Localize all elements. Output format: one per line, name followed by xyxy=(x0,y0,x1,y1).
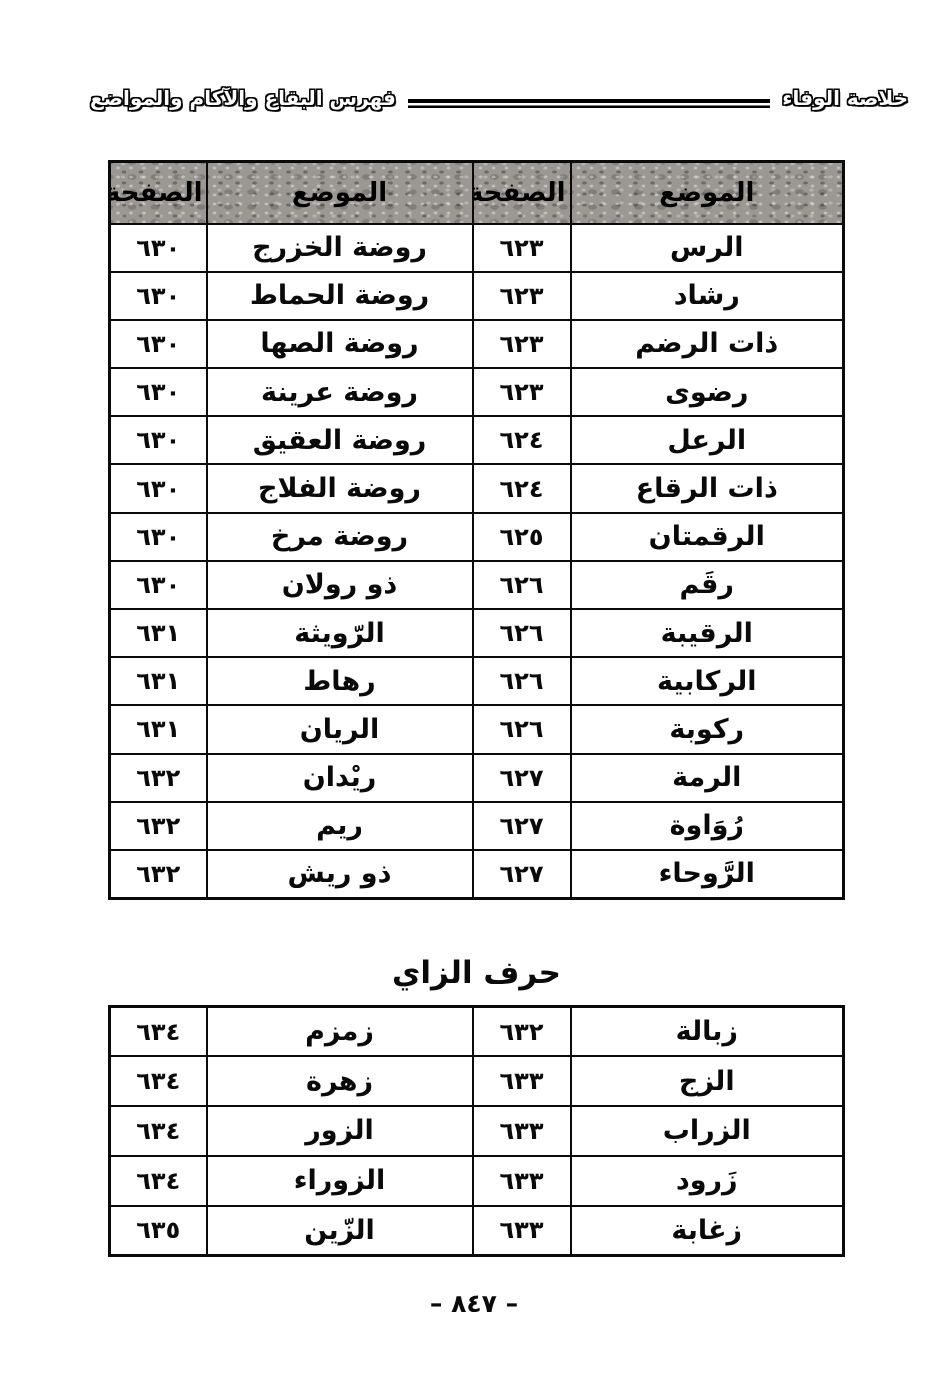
place-cell: الزج xyxy=(571,1056,844,1106)
header-row: الموضع الصفحة الموضع الصفحة xyxy=(110,162,844,224)
place-cell: روضة العقيق xyxy=(207,416,473,464)
place-cell: رشاد xyxy=(571,272,844,320)
place-cell: روضة الفلاج xyxy=(207,464,473,512)
table-row: ذات الرقاع٦٢٤روضة الفلاج٦٣٠ xyxy=(110,464,844,512)
table-row: الرَّوحاء٦٢٧ذو ريش٦٣٢ xyxy=(110,850,844,898)
column-header-place: الموضع xyxy=(571,162,844,224)
table-row: رشاد٦٢٣روضة الحماط٦٣٠ xyxy=(110,272,844,320)
page-cell: ٦٣٣ xyxy=(473,1106,571,1156)
page-cell: ٦٢٥ xyxy=(473,513,571,561)
page-cell: ٦٣٢ xyxy=(110,850,207,898)
table-row: رُوَاوة٦٢٧ريم٦٣٢ xyxy=(110,802,844,850)
page-cell: ٦٣٠ xyxy=(110,320,207,368)
header-rule xyxy=(408,99,770,108)
place-cell: الزّين xyxy=(207,1206,473,1256)
page-cell: ٦٣٢ xyxy=(110,802,207,850)
index-table-zay: زبالة٦٣٢زمزم٦٣٤الزج٦٣٣زهرة٦٣٤الزراب٦٣٣ال… xyxy=(108,1005,845,1257)
place-cell: ريم xyxy=(207,802,473,850)
place-cell: الركابية xyxy=(571,657,844,705)
place-cell: الرّويثة xyxy=(207,609,473,657)
place-cell: رقَم xyxy=(571,561,844,609)
place-cell: ذو رولان xyxy=(207,561,473,609)
page-cell: ٦٣٠ xyxy=(110,224,207,272)
place-cell: زهرة xyxy=(207,1056,473,1106)
place-cell: رُوَاوة xyxy=(571,802,844,850)
book-title: خلاصة الوفاء xyxy=(782,86,908,110)
page-cell: ٦٣٠ xyxy=(110,561,207,609)
page-cell: ٦٢٤ xyxy=(473,416,571,464)
table-header: الموضع الصفحة الموضع الصفحة xyxy=(110,162,844,224)
place-cell: الزوراء xyxy=(207,1156,473,1206)
column-header-page: الصفحة xyxy=(110,162,207,224)
page-cell: ٦٢٦ xyxy=(473,561,571,609)
table-row: الرقمتان٦٢٥روضة مرخ٦٣٠ xyxy=(110,513,844,561)
page-cell: ٦٢٣ xyxy=(473,224,571,272)
table-row: زبالة٦٣٢زمزم٦٣٤ xyxy=(110,1007,844,1057)
place-cell: رضوى xyxy=(571,368,844,416)
column-header-place: الموضع xyxy=(207,162,473,224)
page-cell: ٦٣٢ xyxy=(110,754,207,802)
page-cell: ٦٣٠ xyxy=(110,464,207,512)
place-cell: زَرود xyxy=(571,1156,844,1206)
page-cell: ٦٢٤ xyxy=(473,464,571,512)
table-row: زغابة٦٣٣الزّين٦٣٥ xyxy=(110,1206,844,1256)
page-cell: ٦٣٣ xyxy=(473,1156,571,1206)
page-cell: ٦٢٣ xyxy=(473,320,571,368)
page-cell: ٦٢٦ xyxy=(473,705,571,753)
place-cell: الرعل xyxy=(571,416,844,464)
page-cell: ٦٣٤ xyxy=(110,1007,207,1057)
table-row: ركوبة٦٢٦الريان٦٣١ xyxy=(110,705,844,753)
column-header-page: الصفحة xyxy=(473,162,571,224)
page-cell: ٦٣١ xyxy=(110,657,207,705)
place-cell: الرقمتان xyxy=(571,513,844,561)
page-cell: ٦٣٠ xyxy=(110,368,207,416)
place-cell: زغابة xyxy=(571,1206,844,1256)
table-row: رقَم٦٢٦ذو رولان٦٣٠ xyxy=(110,561,844,609)
place-cell: روضة الخزرج xyxy=(207,224,473,272)
place-cell: روضة مرخ xyxy=(207,513,473,561)
page-cell: ٦٣٣ xyxy=(473,1056,571,1106)
place-cell: روضة الصها xyxy=(207,320,473,368)
chapter-title: فهرس البقاع والآكام والمواضع xyxy=(90,86,396,110)
book-page: خلاصة الوفاء فهرس البقاع والآكام والمواض… xyxy=(0,0,948,1376)
page-cell: ٦٢٧ xyxy=(473,802,571,850)
page-cell: ٦٢٣ xyxy=(473,272,571,320)
page-cell: ٦٣٠ xyxy=(110,416,207,464)
place-cell: زبالة xyxy=(571,1007,844,1057)
table-row: الزج٦٣٣زهرة٦٣٤ xyxy=(110,1056,844,1106)
table-row: رضوى٦٢٣روضة عرينة٦٣٠ xyxy=(110,368,844,416)
place-cell: الزراب xyxy=(571,1106,844,1156)
page-cell: ٦٣٤ xyxy=(110,1056,207,1106)
place-cell: روضة عرينة xyxy=(207,368,473,416)
place-cell: الزور xyxy=(207,1106,473,1156)
page-cell: ٦٣٠ xyxy=(110,513,207,561)
page-cell: ٦٣٥ xyxy=(110,1206,207,1256)
table-row: الرمة٦٢٧ريْدان٦٣٢ xyxy=(110,754,844,802)
page-cell: ٦٢٦ xyxy=(473,609,571,657)
index-table-ra: الموضع الصفحة الموضع الصفحة الرس٦٢٣روضة … xyxy=(108,160,845,900)
table-row: الرس٦٢٣روضة الخزرج٦٣٠ xyxy=(110,224,844,272)
section-heading-zay: حرف الزاي xyxy=(108,955,845,991)
page-cell: ٦٣٢ xyxy=(473,1007,571,1057)
table-row: الرقيبة٦٢٦الرّويثة٦٣١ xyxy=(110,609,844,657)
place-cell: رهاط xyxy=(207,657,473,705)
table-row: الركابية٦٢٦رهاط٦٣١ xyxy=(110,657,844,705)
place-cell: الريان xyxy=(207,705,473,753)
table-row: زَرود٦٣٣الزوراء٦٣٤ xyxy=(110,1156,844,1206)
table-row: الزراب٦٣٣الزور٦٣٤ xyxy=(110,1106,844,1156)
place-cell: ذو ريش xyxy=(207,850,473,898)
place-cell: الرقيبة xyxy=(571,609,844,657)
page-cell: ٦٣١ xyxy=(110,609,207,657)
running-header: خلاصة الوفاء فهرس البقاع والآكام والمواض… xyxy=(90,78,908,118)
place-cell: ريْدان xyxy=(207,754,473,802)
place-cell: ذات الرقاع xyxy=(571,464,844,512)
page-cell: ٦٢٣ xyxy=(473,368,571,416)
page-cell: ٦٣٠ xyxy=(110,272,207,320)
page-cell: ٦٣٤ xyxy=(110,1156,207,1206)
page-cell: ٦٢٦ xyxy=(473,657,571,705)
page-number: – ٨٤٧ – xyxy=(0,1289,948,1318)
place-cell: الرمة xyxy=(571,754,844,802)
place-cell: ذات الرضم xyxy=(571,320,844,368)
page-cell: ٦٢٧ xyxy=(473,754,571,802)
page-cell: ٦٣٣ xyxy=(473,1206,571,1256)
table-row: الرعل٦٢٤روضة العقيق٦٣٠ xyxy=(110,416,844,464)
place-cell: الرَّوحاء xyxy=(571,850,844,898)
page-cell: ٦٣١ xyxy=(110,705,207,753)
place-cell: زمزم xyxy=(207,1007,473,1057)
place-cell: ركوبة xyxy=(571,705,844,753)
place-cell: الرس xyxy=(571,224,844,272)
table-row: ذات الرضم٦٢٣روضة الصها٦٣٠ xyxy=(110,320,844,368)
place-cell: روضة الحماط xyxy=(207,272,473,320)
page-cell: ٦٣٤ xyxy=(110,1106,207,1156)
page-cell: ٦٢٧ xyxy=(473,850,571,898)
